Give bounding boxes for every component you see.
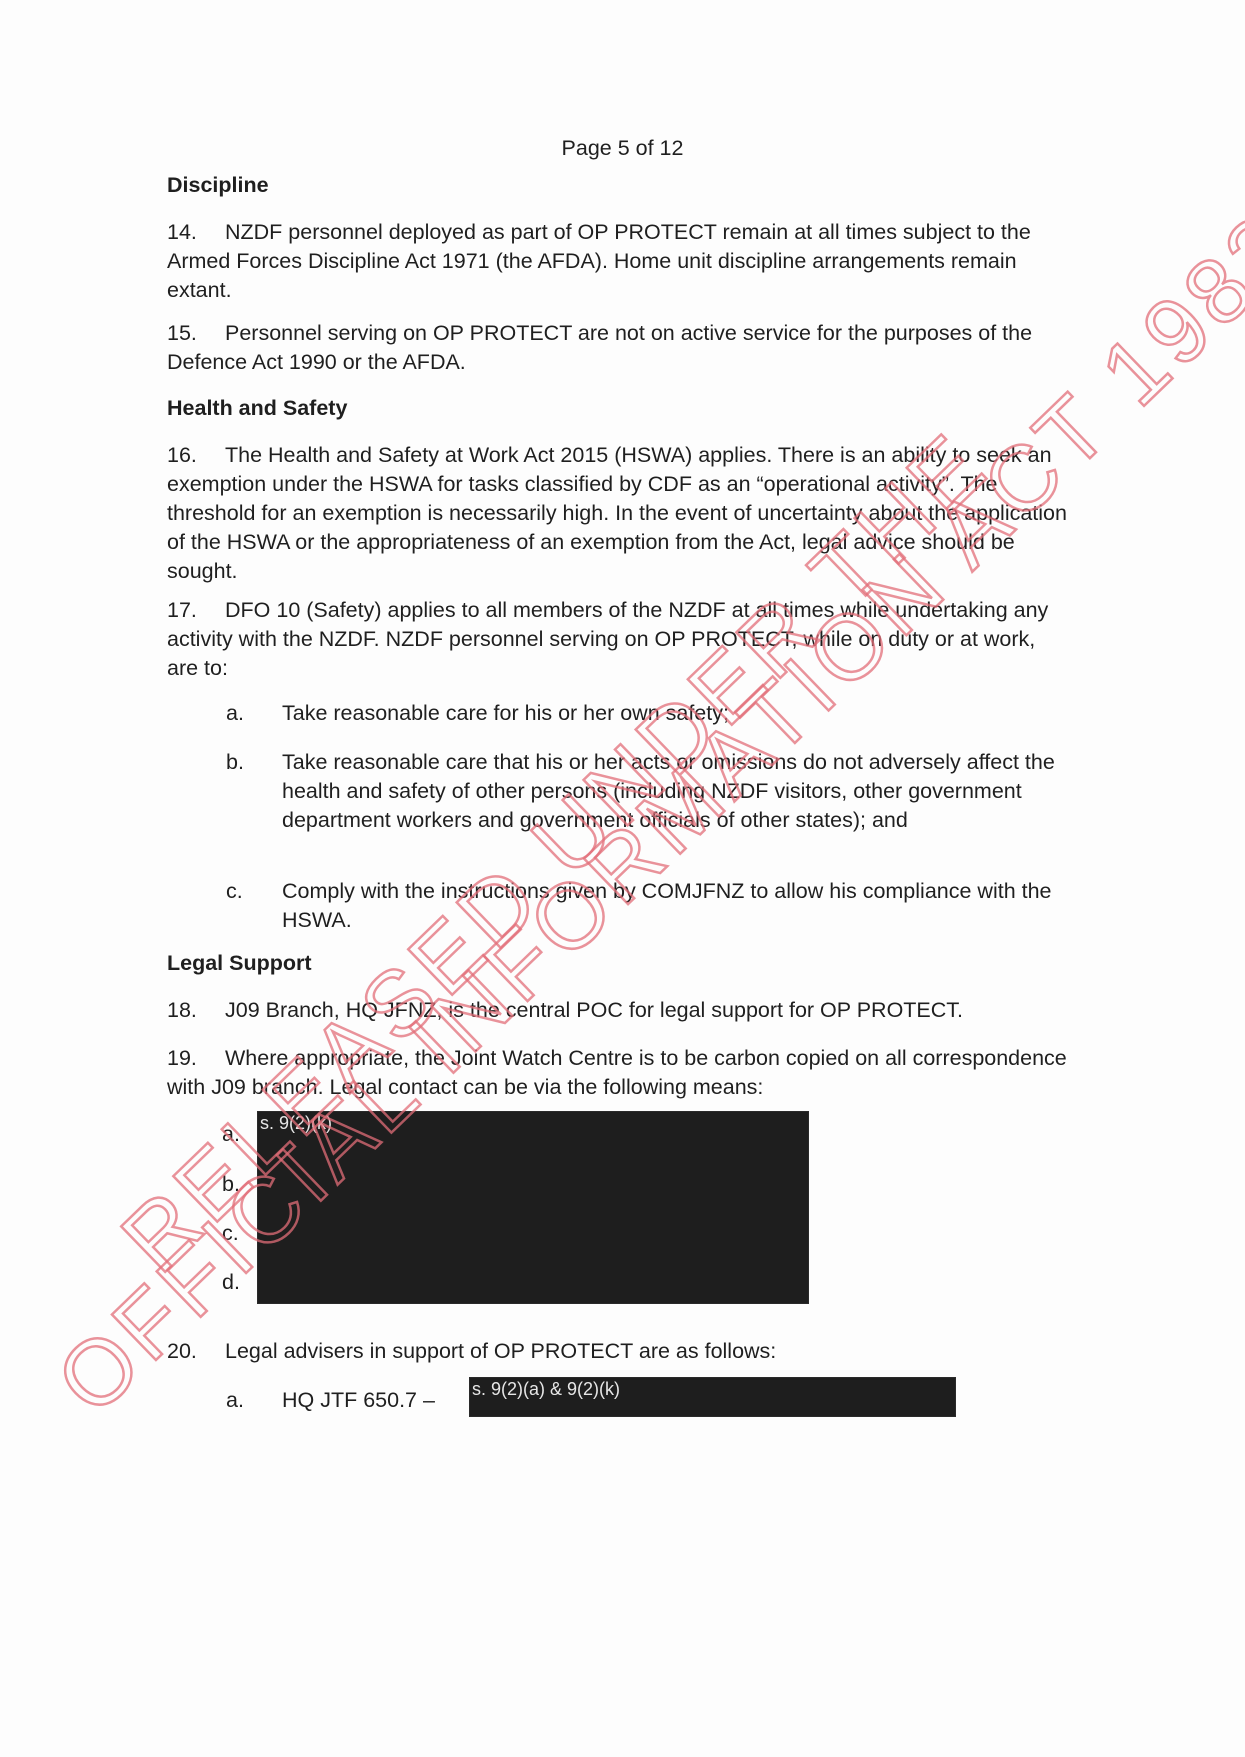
paragraph-18: 18.J09 Branch, HQ JFNZ, is the central P…: [167, 996, 1067, 1025]
paragraph-number: 15.: [167, 319, 225, 348]
paragraph-text: NZDF personnel deployed as part of OP PR…: [167, 220, 1031, 302]
paragraph-number: 20.: [167, 1337, 225, 1366]
paragraph-number: 17.: [167, 596, 225, 625]
redaction-code: s. 9(2)(k): [260, 1112, 332, 1134]
paragraph-text: Personnel serving on OP PROTECT are not …: [167, 321, 1032, 374]
heading-legal-support: Legal Support: [167, 949, 312, 978]
redaction-block-20a: s. 9(2)(a) & 9(2)(k): [470, 1378, 955, 1416]
paragraph-text: J09 Branch, HQ JFNZ, is the central POC …: [225, 998, 963, 1022]
list-text: Take reasonable care for his or her own …: [282, 699, 1072, 728]
heading-health-and-safety: Health and Safety: [167, 394, 347, 423]
paragraph-19: 19.Where appropriate, the Joint Watch Ce…: [167, 1044, 1067, 1102]
list-label-20a: a.: [226, 1386, 244, 1415]
paragraph-text: DFO 10 (Safety) applies to all members o…: [167, 598, 1048, 680]
list-text: Take reasonable care that his or her act…: [282, 748, 1072, 835]
page-number: Page 5 of 12: [0, 136, 1245, 161]
paragraph-text: The Health and Safety at Work Act 2015 (…: [167, 443, 1067, 583]
paragraph-17: 17.DFO 10 (Safety) applies to all member…: [167, 596, 1067, 683]
paragraph-14: 14.NZDF personnel deployed as part of OP…: [167, 218, 1067, 305]
list-label-19b: b.: [222, 1170, 240, 1199]
paragraph-number: 16.: [167, 441, 225, 470]
paragraph-text: Legal advisers in support of OP PROTECT …: [225, 1339, 776, 1363]
list-label: b.: [226, 748, 244, 777]
paragraph-20: 20.Legal advisers in support of OP PROTE…: [167, 1337, 1067, 1366]
paragraph-text: Where appropriate, the Joint Watch Centr…: [167, 1046, 1067, 1099]
document-page: Page 5 of 12 Discipline 14.NZDF personne…: [0, 0, 1245, 1757]
list-label: a.: [226, 699, 244, 728]
redaction-code: s. 9(2)(a) & 9(2)(k): [472, 1378, 620, 1400]
paragraph-15: 15.Personnel serving on OP PROTECT are n…: [167, 319, 1067, 377]
list-label-19a: a.: [222, 1120, 240, 1149]
redaction-block-19: s. 9(2)(k): [258, 1112, 808, 1303]
paragraph-number: 18.: [167, 996, 225, 1025]
list-text-20a: HQ JTF 650.7 –: [282, 1386, 435, 1415]
heading-discipline: Discipline: [167, 171, 269, 200]
list-label-19d: d.: [222, 1268, 240, 1297]
list-text: Comply with the instructions given by CO…: [282, 877, 1072, 935]
paragraph-number: 19.: [167, 1044, 225, 1073]
list-label: c.: [226, 877, 243, 906]
paragraph-number: 14.: [167, 218, 225, 247]
list-label-19c: c.: [222, 1219, 239, 1248]
paragraph-16: 16.The Health and Safety at Work Act 201…: [167, 441, 1067, 586]
